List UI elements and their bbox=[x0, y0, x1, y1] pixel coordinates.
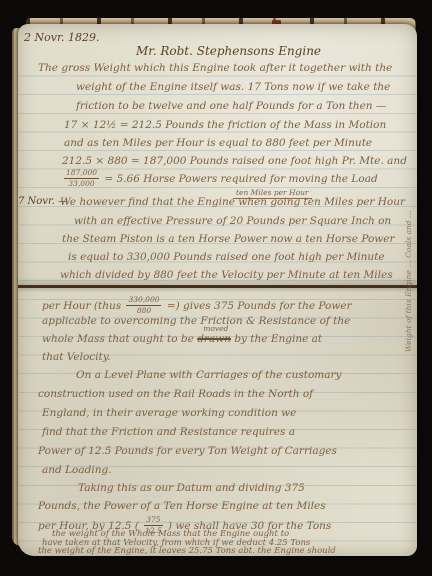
body-line: Taking this as our Datum and dividing 37… bbox=[78, 482, 305, 494]
fraction-denominator: 33,000 bbox=[64, 179, 99, 188]
body-line: is equal to 330,000 Pounds raised one fo… bbox=[68, 251, 385, 263]
body-line: and Loading. bbox=[42, 464, 112, 476]
body-line: The gross Weight which this Engine took … bbox=[38, 62, 392, 74]
body-line: with an effective Pressure of 20 Pounds … bbox=[74, 215, 391, 227]
fraction: 330,000880 bbox=[126, 296, 161, 316]
strikethrough-word: drawn bbox=[197, 333, 231, 345]
body-line: which divided by 880 feet the Velocity p… bbox=[60, 269, 393, 281]
fraction-numerator: 375 bbox=[144, 516, 162, 526]
body-line: Power of 12.5 Pounds for every Ton Weigh… bbox=[38, 445, 337, 457]
horse-power-fraction-line: 187,00033,000 = 5.66 Horse Powers requir… bbox=[62, 169, 378, 189]
fraction-line-prefix: per Hour (thus bbox=[42, 300, 121, 312]
fraction-line-rest: = 5.66 Horse Powers required for moving … bbox=[104, 173, 377, 185]
power-fraction-line: per Hour (thus 330,000880 =) gives 375 P… bbox=[42, 296, 352, 316]
body-line: applicable to overcoming the Friction & … bbox=[42, 315, 350, 327]
body-line: and as ten Miles per Hour is equal to 88… bbox=[64, 137, 372, 149]
bottom-line: the weight of the Engine, it leaves 25.7… bbox=[38, 547, 336, 556]
body-line: England, in their average working condit… bbox=[42, 407, 296, 419]
page-title: Mr. Robt. Stephensons Engine bbox=[136, 45, 321, 57]
body-line: 212.5 × 880 = 187,000 Pounds raised one … bbox=[62, 155, 407, 167]
fraction-numerator: 330,000 bbox=[126, 296, 161, 306]
photo-backdrop: 2 Novr. 1829. Mr. Robt. Stephensons Engi… bbox=[0, 0, 432, 576]
manuscript-page: 2 Novr. 1829. Mr. Robt. Stephensons Engi… bbox=[18, 24, 417, 556]
body-line: On a Level Plane with Carriages of the c… bbox=[76, 369, 341, 381]
body-line: find that the Friction and Resistance re… bbox=[42, 426, 295, 438]
fraction-numerator: 187,000 bbox=[64, 169, 99, 179]
date-heading: 2 Novr. 1829. bbox=[24, 32, 100, 44]
body-line: 17 × 12½ = 212.5 Pounds the friction of … bbox=[64, 119, 386, 131]
vertical-margin-note: Weight of this Engine … Coals and … bbox=[404, 82, 413, 352]
corrected-line-post: by the Engine at bbox=[234, 333, 322, 345]
seam-line bbox=[18, 285, 417, 288]
inserted-word: moved bbox=[203, 325, 228, 333]
body-line: We however find that the Engine when goi… bbox=[60, 196, 405, 208]
body-line: the Steam Piston is a ten Horse Power no… bbox=[62, 233, 395, 245]
body-line: Pounds, the Power of a Ten Horse Engine … bbox=[38, 500, 326, 512]
body-line: weight of the Engine itself was. 17 Tons… bbox=[76, 81, 390, 93]
fraction-line-rest: =) gives 375 Pounds for the Power bbox=[167, 300, 352, 312]
corrected-line: whole Mass that ought to be drawnmoved b… bbox=[42, 333, 322, 345]
corrected-line-pre: whole Mass that ought to be bbox=[42, 333, 194, 345]
body-line: friction to be twelve and one half Pound… bbox=[76, 100, 386, 112]
fraction: 187,00033,000 bbox=[64, 169, 99, 189]
body-line: that Velocity. bbox=[42, 351, 111, 363]
correction: drawnmoved bbox=[197, 333, 231, 345]
body-line: construction used on the Rail Roads in t… bbox=[38, 388, 313, 400]
